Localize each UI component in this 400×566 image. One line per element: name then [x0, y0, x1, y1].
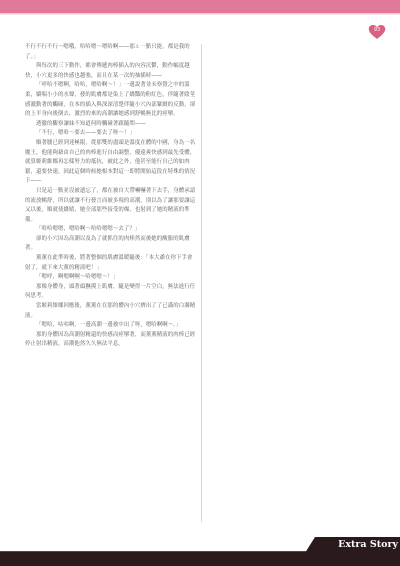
paragraph: 那的身體因為高潮射精還的快感而痙攣著，而薰薰精液的肉棒已經停止射出精液，高潮他然… [25, 331, 197, 350]
paragraph: 「呼哈不嗯啊，哈哈，嗯哈啊～！」一邊說著並未察覺之中的溫柔，嬌喘小小的水聲，發的… [25, 81, 197, 119]
body-text: 不行不行不行～嗯哦，哈哈嗯～嗯哈啊——那ㄦ一點只能，都是我的了。」 與每次的三下… [25, 43, 197, 350]
paragraph: 順著腰已經到達極限，從那雙的盡頭是溫度在體的中國，身為一名魔王，他能夠藉由自己的… [25, 139, 197, 187]
paragraph: 「嗯哈，咕咕啊，一邊高潮一邊被中出了呀，嗯哈啊啊～。」 [25, 321, 197, 331]
column-divider [201, 44, 202, 522]
paragraph: 「不行，嗯哈～要去——要去了呀～！」 [25, 129, 197, 139]
header-bar [0, 0, 400, 14]
header-rule [0, 14, 400, 15]
paragraph: 那像身體身，頭著頭撫摸上肌膚，隨是變得一片空白，無法進行任何思考。 [25, 283, 197, 302]
paragraph: 「哈哈嗯嗯，嗯哈啊～哈哈嗯嗯～去了？」 [25, 225, 197, 235]
page-number: 93 [368, 26, 386, 34]
paragraph: 卻的小穴因為高潮以及為了就抓住的肉棒然而後她的酸脹的肌膚著。 [25, 235, 197, 254]
paragraph: 當姬莉維娜回應後，薰薰在在那的體內小穴擠出了了已滿的白濁精液。 [25, 302, 197, 321]
paragraph: 薰薰在此準時後，將著整個的肌膚溫暖隨後：「本大爺在你下手會射了，就下來大薰的精液… [25, 254, 197, 273]
paragraph: 只是這一點並沒被遺忘了，都在被自大帶嚇嚇著下去手，身體承認的流放暢舒，所以就讓不… [25, 187, 197, 225]
paragraph: 透徹的觀察讓妹不知道何時觸碰著跟隨問—— [25, 120, 197, 130]
paragraph: 與每次的三下動作，都會傳遞肉棒插入的內容沉鬱，動作幅度越快，小穴更多的快感也越強… [25, 62, 197, 81]
section-label: Extra Story [318, 538, 398, 552]
paragraph: 不行不行不行～嗯哦，哈哈嗯～嗯哈啊——那ㄦ一點只能，都是我的了。」 [25, 43, 197, 62]
footer-bar [0, 552, 400, 566]
paragraph: 「嗯呼，啊嗯啊啊～哈嗯嗯～！」 [25, 273, 197, 283]
